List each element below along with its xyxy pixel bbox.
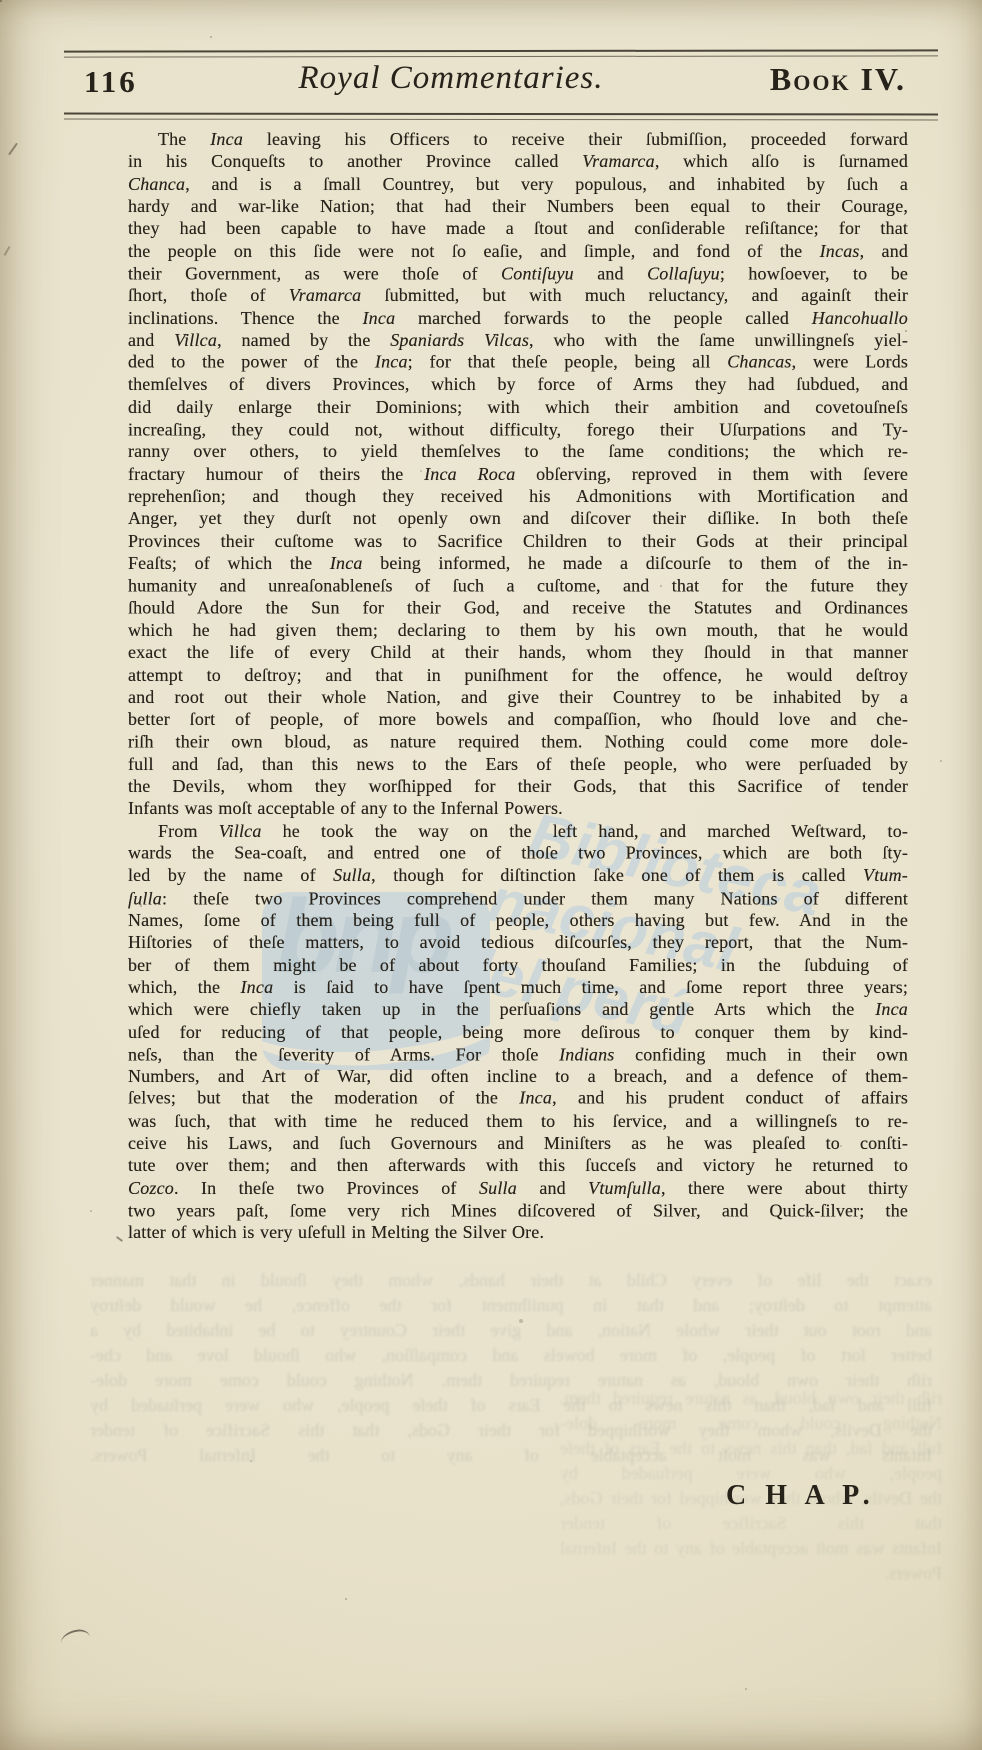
text-line: ſhort, thoſe of Vramarca ſubmitted, but … (128, 284, 908, 306)
text-line: Numbers, and Art of War, did often incli… (128, 1065, 908, 1087)
text-line: Anger, yet they durſt not openly own and… (128, 507, 908, 529)
text-line: wards the Sea-coaſt, and entred one of t… (128, 842, 908, 864)
text-line: ranny over others, to yield themſelves t… (128, 440, 908, 462)
text-line: neſs, than the ſeverity of Arms. For tho… (128, 1043, 908, 1065)
text-line: Hiſtories of theſe matters, to avoid ted… (128, 931, 908, 953)
header-rule-bottom (64, 113, 938, 121)
text-line: which he had given them; declaring to th… (128, 619, 908, 641)
text-line: From Villca he took the way on the left … (128, 820, 908, 842)
text-line: in his Conqueſts to another Province cal… (128, 150, 908, 172)
text-line: latter of which is very uſefull in Melti… (128, 1221, 908, 1243)
text-line: ſhould Adore the Sun for their God, and … (128, 596, 908, 618)
ink-specks (0, 0, 2, 2)
text-line: fractary humour of theirs the Inca Roca … (128, 463, 908, 485)
book-label: Book IV. (770, 61, 906, 98)
text-line: Infants was moſt acceptable of any to th… (128, 797, 908, 819)
text-line: ceive his Laws, and ſuch Governours and … (128, 1132, 908, 1154)
text-line: The Inca leaving his Officers to receive… (128, 128, 908, 150)
text-line: Feaſts; of which the Inca being informed… (128, 552, 908, 574)
running-title: Royal Commentaries. (0, 60, 902, 97)
text-line: Names, ſome of them being full of people… (128, 909, 908, 931)
text-line: themſelves of divers Provinces, which by… (128, 373, 908, 395)
text-line: two years paſt, ſome very rich Mines diſ… (128, 1199, 908, 1221)
text-line: attempt to deſtroy; and that in puniſhme… (128, 664, 908, 686)
text-line: inclinations. Thence the Inca marched fo… (128, 307, 908, 329)
text-line: which were chiefly taken up in the perſu… (128, 998, 908, 1020)
catchword: C H A P. (726, 1480, 876, 1512)
text-line: was ſuch, that with time he reduced them… (128, 1110, 908, 1132)
text-line: tute over them; and then afterwards with… (128, 1154, 908, 1176)
text-line: the Devils, whom they worſhipped for the… (128, 775, 908, 797)
text-line: did daily enlarge their Dominions; with … (128, 396, 908, 418)
pen-mark (59, 1628, 90, 1644)
text-line: their Government, as were thoſe of Conti… (128, 262, 908, 284)
body-text: The Inca leaving his Officers to receive… (128, 128, 908, 1244)
text-line: better ſort of people, of more bowels an… (128, 708, 908, 730)
text-line: the people on this ſide were not ſo eaſi… (128, 240, 908, 262)
text-line: Provinces their cuſtome was to Sacrifice… (128, 530, 908, 552)
text-line: full and ſad, than this news to the Ears… (128, 753, 908, 775)
text-line: humanity and unreaſonableneſs of ſuch a … (128, 575, 908, 597)
text-line: ſelves; but that the moderation of the I… (128, 1087, 908, 1109)
text-line: led by the name of Sulla, though for diſ… (128, 864, 908, 886)
text-line: Cozco. In theſe two Provinces of Sulla a… (128, 1177, 908, 1199)
text-line: ded to the power of the Inca; for that t… (128, 351, 908, 373)
text-line: ber of them might be of about forty thou… (128, 954, 908, 976)
margin-mark (4, 246, 11, 256)
text-line: and Villca, named by the Spaniards Vilca… (128, 329, 908, 351)
text-line: reprehenſion; and though they received h… (128, 485, 908, 507)
text-line: hardy and war-like Nation; that had thei… (128, 195, 908, 217)
text-line: and root out their whole Nation, and giv… (128, 686, 908, 708)
text-line: Chanca, and is a ſmall Countrey, but ver… (128, 173, 908, 195)
text-line: exact the life of every Child at their h… (128, 641, 908, 663)
text-line: which, the Inca is ſaid to have ſpent mu… (128, 976, 908, 998)
text-line: they had been capable to have made a ſto… (128, 217, 908, 239)
text-line: ſulla: theſe two Provinces comprehend un… (128, 887, 908, 909)
text-line: riſh their own bloud, as nature required… (128, 731, 908, 753)
margin-mark (116, 1236, 123, 1242)
margin-mark (8, 143, 18, 156)
book-page: exact the life of every Child at their h… (0, 0, 982, 1750)
text-line: increaſing, they could not, without diff… (128, 418, 908, 440)
header-rule-top (64, 49, 938, 57)
text-line: uſed for reducing of that people, being … (128, 1021, 908, 1043)
